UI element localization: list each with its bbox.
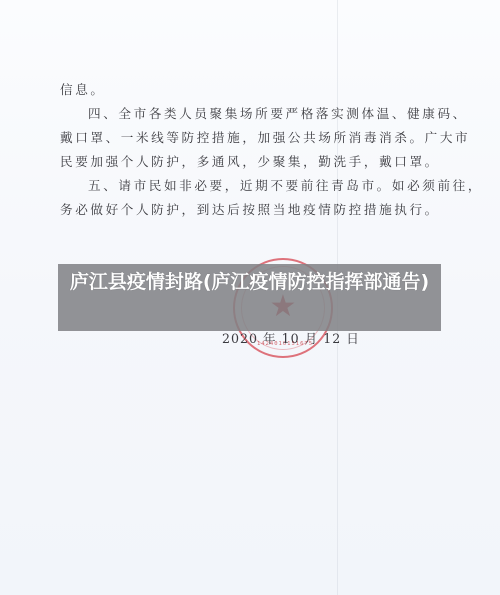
article-title: 庐江县疫情封路(庐江疫情防控指挥部通告) (68, 268, 431, 297)
body-line: 务必做好个人防护，到达后按照当地疫情防控措施执行。 (60, 198, 432, 222)
notice-body: 信息。 四、全市各类人员聚集场所要严格落实测体温、健康码、 戴口罩、一米线等防控… (60, 78, 432, 222)
document-page: 信息。 四、全市各类人员聚集场所要严格落实测体温、健康码、 戴口罩、一米线等防控… (0, 0, 500, 595)
body-line: 五、请市民如非必要，近期不要前往青岛市。如必须前往， (60, 174, 432, 198)
body-line: 戴口罩、一米线等防控措施，加强公共场所消毒消杀。广大市 (60, 126, 432, 150)
body-line: 民要加强个人防护，多通风，少聚集，勤洗手，戴口罩。 (60, 150, 432, 174)
body-line: 四、全市各类人员聚集场所要严格落实测体温、健康码、 (60, 102, 432, 126)
body-line: 信息。 (60, 78, 432, 102)
title-overlay-banner: 庐江县疫情封路(庐江疫情防控指挥部通告) (58, 264, 441, 331)
